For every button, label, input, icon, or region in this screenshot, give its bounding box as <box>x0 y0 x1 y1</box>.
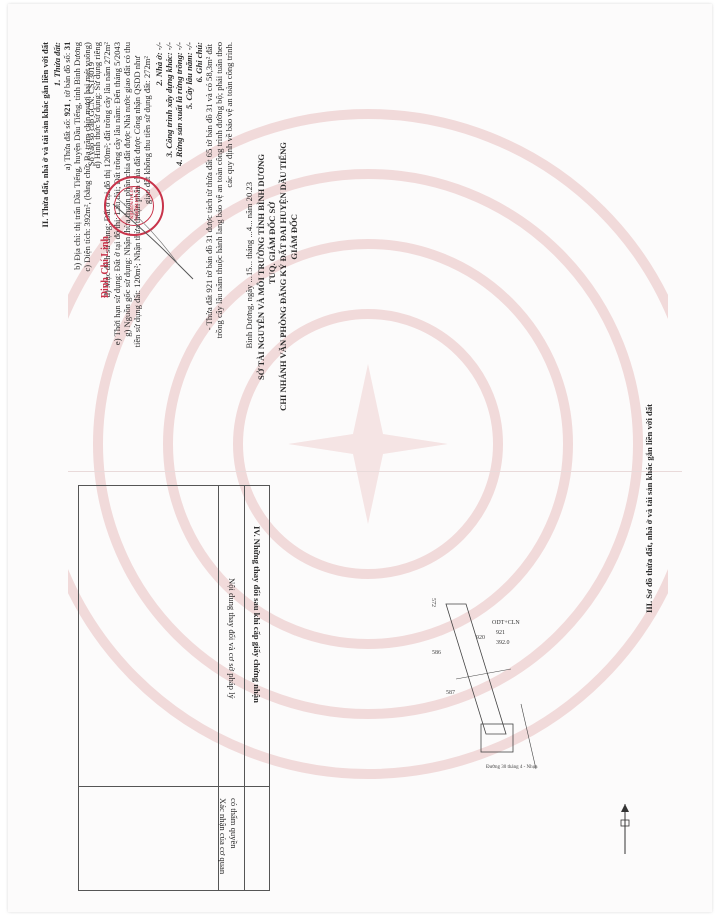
signature-scribble-icon <box>108 194 198 284</box>
org-line-1: SỞ TÀI NGUYÊN VÀ MÔI TRƯỜNG TỈNH BÌNH DƯ… <box>256 154 267 380</box>
neighbor-920: 920 <box>476 635 485 641</box>
org-line-2: TUQ. GIÁM ĐỐC SỞ <box>267 202 278 284</box>
registry-number: Số vào sổ cấp GCN: CS13019 <box>86 62 97 166</box>
changes-table: IV. Những thay đổi sau khi cấp giấy chứn… <box>78 485 270 891</box>
section4-title: IV. Những thay đổi sau khi cấp giấy chứn… <box>251 526 262 703</box>
note-line-3: các quy định về bảo vệ an toàn công trìn… <box>224 42 235 188</box>
map-number: 31 <box>62 42 72 51</box>
section2-title: II. Thửa đất, nhà ở và tài sản khác gắn … <box>40 42 51 227</box>
section3-title: III. Sơ đồ thửa đất, nhà ở và tài sản kh… <box>644 404 655 613</box>
neighbor-587: 587 <box>446 690 455 696</box>
date-line: Bình Dương, ngày ...15... tháng ...4... … <box>244 182 255 349</box>
col-content-header: Nội dung thay đổi và cơ sở pháp lý <box>226 578 237 699</box>
fold-line <box>68 471 682 472</box>
signer-name: Đinh Chí Linh <box>100 236 111 298</box>
area-label: c) Diện tích: <box>82 229 92 272</box>
map-label: , tờ bản đồ số: <box>62 53 72 102</box>
parcel-diagram: 572 920 586 587 ODT+CLN 921 392.0 Đường … <box>426 584 546 774</box>
neighbor-586: 586 <box>432 650 441 656</box>
north-arrow-icon <box>618 804 632 854</box>
table-body-divider <box>79 786 269 787</box>
org-line-4: GIÁM ĐỐC <box>289 214 300 260</box>
parcel-code: ODT+CLN <box>492 620 520 626</box>
parcel-number: 921 <box>62 104 72 117</box>
org-line-3: CHI NHÁNH VĂN PHÒNG ĐĂNG KÝ ĐẤT ĐAI HUYỆ… <box>278 142 289 411</box>
col-confirm-header: Xác nhận của cơ quan có thẩm quyền <box>217 798 239 884</box>
parcel-label: a) Thửa đất số: <box>62 119 72 171</box>
parcel-area-label: 392.0 <box>496 640 510 646</box>
road-label: Đường 30 tháng 4 - Nhựa <box>486 765 538 770</box>
certificate-page: II. Thửa đất, nhà ở và tài sản khác gắn … <box>8 4 712 912</box>
changes-table-title-cell: IV. Những thay đổi sau khi cấp giấy chứn… <box>244 486 269 890</box>
parcel-number-label: 921 <box>496 630 505 636</box>
neighbor-572: 572 <box>430 598 436 607</box>
